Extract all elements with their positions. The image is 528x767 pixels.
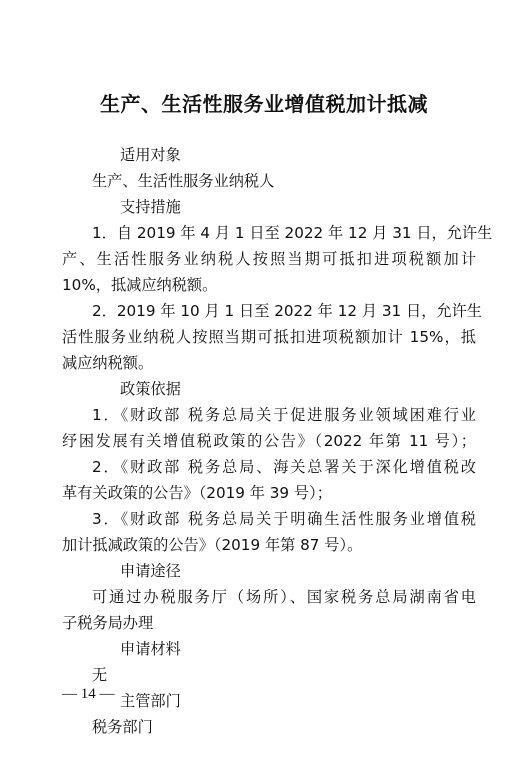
- paragraph: 加计抵减政策的公告》（2019 年第 87 号）。: [62, 532, 476, 558]
- paragraph: 无: [62, 662, 476, 688]
- section-heading-materials: 申请材料: [62, 636, 476, 662]
- section-heading-measures: 支持措施: [62, 194, 476, 220]
- paragraph: 1．自 2019 年 4 月 1 日至 2022 年 12 月 31 日，允许生: [62, 220, 476, 246]
- document-title: 生产、生活性服务业增值税加计抵减: [0, 88, 528, 117]
- paragraph: 3．《财政部 税务总局关于明确生活性服务业增值税: [62, 506, 476, 532]
- section-heading-channel: 申请途径: [62, 558, 476, 584]
- paragraph: 活性服务业纳税人按照当期可抵扣进项税额加计 15%，抵: [62, 324, 476, 350]
- section-heading-department: 主管部门: [62, 688, 476, 714]
- paragraph: 纾困发展有关增值税政策的公告》（2022 年第 11 号）；: [62, 428, 476, 454]
- paragraph: 子税务局办理: [62, 610, 476, 636]
- section-heading-target: 适用对象: [62, 142, 476, 168]
- paragraph: 2．2019 年 10 月 1 日至 2022 年 12 月 31 日，允许生: [62, 298, 476, 324]
- paragraph: 税务部门: [62, 714, 476, 740]
- paragraph: 可通过办税服务厅（场所）、国家税务总局湖南省电: [62, 584, 476, 610]
- paragraph: 革有关政策的公告》（2019 年 39 号）；: [62, 480, 476, 506]
- paragraph: 1．《财政部 税务总局关于促进服务业领域困难行业: [62, 402, 476, 428]
- page-number: — 14 —: [62, 686, 115, 703]
- paragraph: 生产、生活性服务业纳税人: [62, 168, 476, 194]
- paragraph: 2．《财政部 税务总局、海关总署关于深化增值税改: [62, 454, 476, 480]
- document-body: 适用对象 生产、生活性服务业纳税人 支持措施 1．自 2019 年 4 月 1 …: [62, 142, 476, 740]
- paragraph: 减应纳税额。: [62, 350, 476, 376]
- section-heading-basis: 政策依据: [62, 376, 476, 402]
- paragraph: 10%，抵减应纳税额。: [62, 272, 476, 298]
- paragraph: 产、生活性服务业纳税人按照当期可抵扣进项税额加计: [62, 246, 476, 272]
